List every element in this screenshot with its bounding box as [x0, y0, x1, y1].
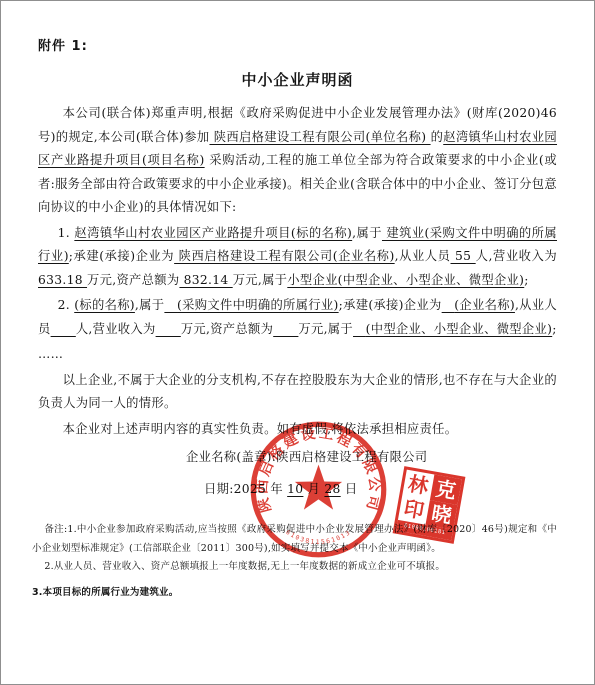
underlined-text-run: 小型企业(中型企业、小型企业、微型企业)	[287, 273, 524, 287]
underlined-text-run: 55	[451, 249, 476, 263]
underlined-text-run: (中型企业、小型企业、微型企业)	[366, 322, 553, 336]
text-run: 2.	[58, 298, 75, 312]
text-run: ;承建(承接)企业为	[69, 249, 174, 263]
text-run: ;	[552, 322, 556, 336]
signature-line: 企业名称(盖章):陕西启格建设工程有限公司	[186, 446, 557, 470]
text-run: 万元,属于	[233, 273, 288, 287]
intro-paragraph: 本公司(联合体)郑重声明,根据《政府采购促进中小企业发展管理办法》(财库(202…	[38, 102, 557, 220]
declaration-document-page: 附件 1: 中小企业声明函 本公司(联合体)郑重声明,根据《政府采购促进中小企业…	[0, 0, 595, 685]
item1-paragraph: 1. 赵湾镇华山村农业园区产业路提升项目(标的名称),属于 建筑业(采购文件中明…	[38, 222, 557, 293]
item2-paragraph: 2. (标的名称),属于 (采购文件中明确的所属行业);承建(承接)企业为 (企…	[38, 294, 557, 341]
underlined-text-run: 赵湾镇华山村农业园区产业路提升项目(标的名称)	[74, 226, 352, 240]
note-1: 备注:1.中小企业参加政府采购活动,应当按照《政府采购促进中小企业发展管理办法》…	[32, 521, 557, 558]
underlined-text-run: (企业名称)	[454, 298, 515, 312]
underlined-text-run	[51, 322, 76, 336]
underlined-text-run: 832.14	[179, 273, 232, 287]
note-3: 3.本项目标的所属行业为建筑业。	[32, 584, 557, 603]
text-run: 万元,属于	[298, 322, 353, 336]
underlined-text-run	[273, 322, 298, 336]
text-run: 日	[341, 482, 358, 496]
underlined-text-run: 10	[287, 482, 303, 496]
text-run: 月	[303, 482, 324, 496]
underlined-text-run	[164, 298, 177, 312]
text-run: 人,营业收入为	[476, 249, 557, 263]
underlined-text-run	[442, 298, 455, 312]
document-title: 中小企业声明函	[38, 69, 557, 90]
text-run: 人,营业收入为	[76, 322, 156, 336]
text-run: ,属于	[352, 226, 382, 240]
notes-section: 备注:1.中小企业参加政府采购活动,应当按照《政府采购促进中小企业发展管理办法》…	[32, 521, 557, 602]
ellipsis-line: ……	[38, 343, 557, 367]
closing-paragraph-1: 以上企业,不属于大企业的分支机构,不存在控股股东为大企业的情形,也不存在与大企业…	[38, 369, 557, 416]
date-line: 日期:2025 年 10 月 28 日	[204, 478, 557, 502]
underlined-text-run: 28	[324, 482, 340, 496]
document-content: 附件 1: 中小企业声明函 本公司(联合体)郑重声明,根据《政府采购促进中小企业…	[1, 1, 594, 602]
note-2: 2.从业人员、营业收入、资产总额填报上一年度数据,无上一年度数据的新成立企业可不…	[32, 558, 557, 577]
text-run: 日期:2025 年	[204, 482, 287, 496]
text-run: 万元,资产总额为	[181, 322, 273, 336]
text-run: ,从业人员	[395, 249, 451, 263]
text-run: ;承建(承接)企业为	[339, 298, 442, 312]
text-run: ;	[524, 273, 528, 287]
underlined-text-run: 陕西启格建设工程有限公司(单位名称)	[209, 130, 430, 144]
text-run: 1.	[58, 226, 75, 240]
underlined-text-run: 633.18	[38, 273, 87, 287]
underlined-text-run: (采购文件中明确的所属行业)	[177, 298, 339, 312]
attachment-label: 附件 1:	[38, 35, 557, 54]
underlined-text-run	[156, 322, 181, 336]
underlined-text-run	[353, 322, 366, 336]
text-run: 万元,资产总额为	[87, 273, 179, 287]
underlined-text-run: (标的名称)	[74, 298, 135, 312]
closing-paragraph-2: 本企业对上述声明内容的真实性负责。如有虚假,将依法承担相应责任。	[38, 418, 557, 442]
text-run: ,属于	[135, 298, 164, 312]
text-run: 的	[431, 130, 444, 144]
underlined-text-run: 陕西启格建设工程有限公司(企业名称)	[174, 249, 395, 263]
